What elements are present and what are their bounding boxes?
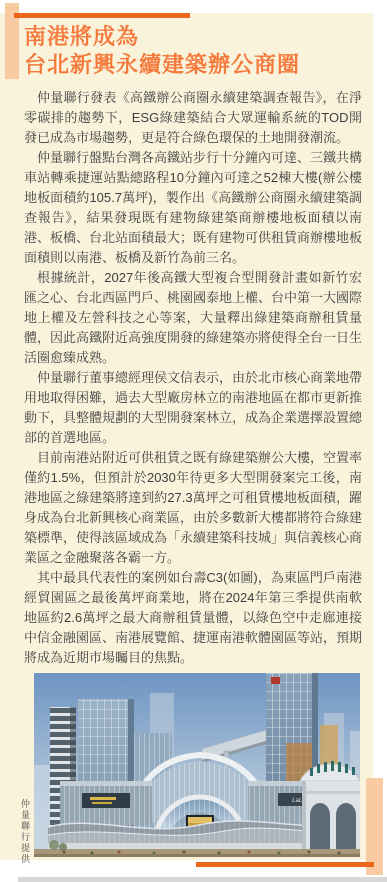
article-body: 仲量聯行發表《高鐵辦公商圈永續建築調查報告》，在淨零碳排的趨勢下，ESG綠建築結… — [24, 88, 362, 668]
article-title-line1: 南港將成為 — [24, 23, 300, 51]
page-bottom-divider — [18, 877, 387, 882]
paragraph-4: 仲量聯行董事總經理侯文信表示，由於北市核心商業地帶用地取得困難，過去大型廠房林立… — [24, 368, 362, 448]
bottom-accent-bar — [196, 862, 374, 867]
building-rendering: LaLaport — [34, 673, 360, 857]
article-title: 南港將成為 台北新興永續建築辦公商圈 — [24, 23, 300, 79]
paragraph-2: 仲量聯行盤點台灣各高鐵站步行十分鐘內可達、三鐵共構車站轉乘捷運站點總路程10分鐘… — [24, 148, 362, 268]
photo-credit-caption: 仲量聯行提供 — [19, 799, 32, 871]
article-page: 南港將成為 台北新興永續建築辦公商圈 仲量聯行發表《高鐵辦公商圈永續建築調查報告… — [0, 0, 387, 882]
paragraph-6: 其中最具代表性的案例如台壽C3(如圖)，為東區門戶南港經貿園區之最後萬坪商業地，… — [24, 568, 362, 668]
article-title-line2: 台北新興永續建築辦公商圈 — [24, 51, 300, 79]
right-accent-bar — [366, 778, 383, 875]
paragraph-5: 目前南港站附近可供租賃之既有綠建築辦公大樓，空置率僅約1.5%，但預計於2030… — [24, 448, 362, 568]
tower-logo-mark — [271, 677, 280, 684]
left-signboard — [82, 793, 130, 808]
paragraph-3: 根據統計，2027年後高鐵大型複合型開發計畫如新竹宏匯之心、台北西區門戶、桃園國… — [24, 268, 362, 368]
article-card: 南港將成為 台北新興永續建築辦公商圈 仲量聯行發表《高鐵辦公商圈永續建築調查報告… — [0, 13, 373, 860]
article-photo: LaLaport — [34, 673, 360, 857]
paragraph-1: 仲量聯行發表《高鐵辦公商圈永續建築調查報告》，在淨零碳排的趨勢下，ESG綠建築結… — [24, 88, 362, 148]
top-accent-bar — [14, 13, 190, 18]
